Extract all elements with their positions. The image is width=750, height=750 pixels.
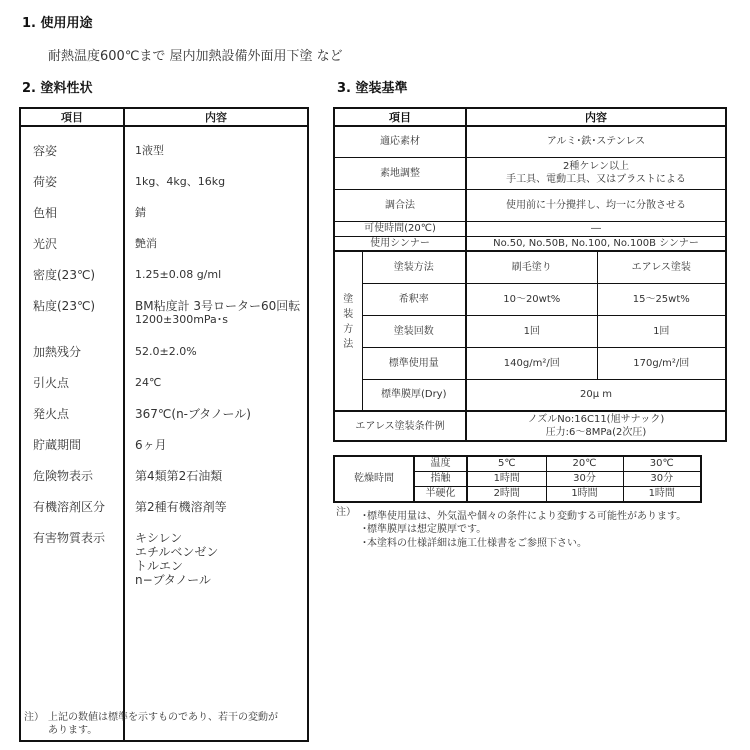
group-char: 装: [335, 307, 362, 322]
item-value: 24℃: [135, 376, 307, 407]
item-label: 危険物表示: [33, 469, 123, 500]
drying-cell: 1時間: [467, 472, 546, 487]
method-airless: エアレス塗装: [597, 251, 726, 283]
hazard-item: キシレン: [135, 531, 307, 545]
pot-life-label: 可使時間(20℃): [334, 221, 466, 236]
hazard-item: n−ブタノール: [135, 573, 307, 587]
hazard-item: トルエン: [135, 559, 307, 573]
mixing-value: 使用前に十分攪拌し、均一に分散させる: [466, 189, 726, 221]
item-value: 367℃(n-ブタノール): [135, 407, 307, 438]
section3-heading: 3. 塗装基準: [337, 77, 408, 96]
surface-prep-value: 2種ケレン以上 手工具、電動工具、又はブラストによる: [466, 157, 726, 189]
properties-items-column: 容姿 荷姿 色相 光沢 密度(23℃) 粘度(23℃) 加熱残分 引火点 発火点…: [20, 126, 124, 741]
coats-airless: 1回: [597, 315, 726, 347]
header-content: 内容: [466, 108, 726, 126]
thinner-value: No.50, No.50B, No.100, No.100B シンナー: [466, 236, 726, 251]
usage-brush: 140g/m²/回: [466, 347, 597, 379]
item-value-line2: 1200±300mPa･s: [135, 313, 307, 327]
drying-row-label: 温度: [414, 456, 467, 472]
item-label: 有機溶剤区分: [33, 500, 123, 531]
drying-cell: 1時間: [623, 487, 701, 503]
section3-note-3: ･本塗料の仕様詳細は施工仕様書をご参照下さい。: [362, 538, 587, 550]
usage-label: 標準使用量: [362, 347, 466, 379]
item-value: 錆: [135, 206, 307, 237]
group-char: 法: [335, 337, 362, 352]
item-value: 1液型: [135, 144, 307, 175]
section3-note-1: ･標準使用量は、外気温や個々の条件により変動する可能性があります。: [362, 511, 686, 523]
item-label: 容姿: [33, 144, 123, 175]
section2-heading: 2. 塗料性状: [22, 77, 93, 96]
coats-brush: 1回: [466, 315, 597, 347]
usage-airless: 170g/m²/回: [597, 347, 726, 379]
adapt-material-value: アルミ･鉄･ステンレス: [466, 126, 726, 157]
item-label: 貯蔵期間: [33, 438, 123, 469]
drying-time-table: 乾燥時間 温度 5℃ 20℃ 30℃ 指触 1時間 30分 30分 半硬化 2時…: [333, 455, 702, 503]
item-value: 第2種有機溶剤等: [135, 500, 307, 531]
method-brush: 刷毛塗り: [466, 251, 597, 283]
usage-text: 耐熱温度600℃まで 屋内加熱設備外面用下塗 など: [48, 45, 343, 64]
dilution-brush: 10～20wt%: [466, 283, 597, 315]
properties-values-column: 1液型 1kg、4kg、16kg 錆 艶消 1.25±0.08 g/ml BM粘…: [124, 126, 308, 741]
film-value: 20μ m: [466, 379, 726, 411]
item-value: 1kg、4kg、16kg: [135, 175, 307, 206]
item-value: 艶消: [135, 237, 307, 268]
drying-cell: 30℃: [623, 456, 701, 472]
adapt-material-label: 適応素材: [334, 126, 466, 157]
group-char: 塗: [335, 292, 362, 307]
item-label: 有害物質表示: [33, 531, 123, 562]
hazard-item: エチルベンゼン: [135, 545, 307, 559]
hazard-list: キシレン エチルベンゼン トルエン n−ブタノール: [135, 531, 307, 587]
pot-life-value: ―: [466, 221, 726, 236]
method-group-label: 塗 装 方 法: [334, 251, 362, 411]
drying-cell: 20℃: [546, 456, 623, 472]
airless-cond-label: エアレス塗装条件例: [334, 411, 466, 441]
item-label: 引火点: [33, 376, 123, 407]
section3-note-2: ･標準膜厚は想定膜厚です。: [362, 524, 486, 536]
thinner-label: 使用シンナー: [334, 236, 466, 251]
paint-properties-table: 項目 内容 容姿 荷姿 色相 光沢 密度(23℃) 粘度(23℃) 加熱残分 引…: [19, 107, 309, 742]
surface-prep-line1: 2種ケレン以上: [467, 160, 725, 173]
header-content: 内容: [124, 108, 308, 126]
airless-cond-value: ノズルNo:16C11(旭サナック) 圧力:6～8MPa(2次圧): [466, 411, 726, 441]
airless-cond-line1: ノズルNo:16C11(旭サナック): [467, 413, 725, 426]
drying-cell: 1時間: [546, 487, 623, 503]
coats-label: 塗装回数: [362, 315, 466, 347]
mixing-label: 調合法: [334, 189, 466, 221]
header-item: 項目: [20, 108, 124, 126]
surface-prep-label: 素地調整: [334, 157, 466, 189]
item-value: 6ヶ月: [135, 438, 307, 469]
item-value: 52.0±2.0%: [135, 345, 307, 376]
item-value: BM粘度計 3号ローター60回転: [135, 299, 307, 313]
dilution-airless: 15～25wt%: [597, 283, 726, 315]
item-label: 光沢: [33, 237, 123, 268]
film-label: 標準膜厚(Dry): [362, 379, 466, 411]
dilution-label: 希釈率: [362, 283, 466, 315]
item-label: 粘度(23℃): [33, 299, 123, 345]
airless-cond-line2: 圧力:6～8MPa(2次圧): [467, 426, 725, 439]
section2-note-line1: 上記の数値は標準を示すものであり、若干の変動が: [48, 712, 278, 724]
group-char: 方: [335, 322, 362, 337]
header-item: 項目: [334, 108, 466, 126]
section2-note-label: 注）: [24, 712, 44, 724]
item-label: 加熱残分: [33, 345, 123, 376]
section1-heading: 1. 使用用途: [22, 12, 93, 31]
item-label: 密度(23℃): [33, 268, 123, 299]
drying-cell: 30分: [623, 472, 701, 487]
coating-standard-table: 項目 内容 適応素材 アルミ･鉄･ステンレス 素地調整 2種ケレン以上 手工具、…: [333, 107, 727, 442]
method-label: 塗装方法: [362, 251, 466, 283]
drying-cell: 2時間: [467, 487, 546, 503]
section3-note-label: 注）: [336, 507, 356, 519]
surface-prep-line2: 手工具、電動工具、又はブラストによる: [467, 173, 725, 186]
viscosity-value: BM粘度計 3号ローター60回転 1200±300mPa･s: [135, 299, 307, 345]
drying-label: 乾燥時間: [334, 456, 414, 502]
item-label: 発火点: [33, 407, 123, 438]
item-value: 1.25±0.08 g/ml: [135, 268, 307, 299]
section2-note-line2: あります。: [48, 725, 97, 737]
drying-cell: 30分: [546, 472, 623, 487]
drying-row-label: 半硬化: [414, 487, 467, 503]
drying-row-label: 指触: [414, 472, 467, 487]
item-label: 荷姿: [33, 175, 123, 206]
item-label: 色相: [33, 206, 123, 237]
drying-cell: 5℃: [467, 456, 546, 472]
item-value: 第4類第2石油類: [135, 469, 307, 500]
